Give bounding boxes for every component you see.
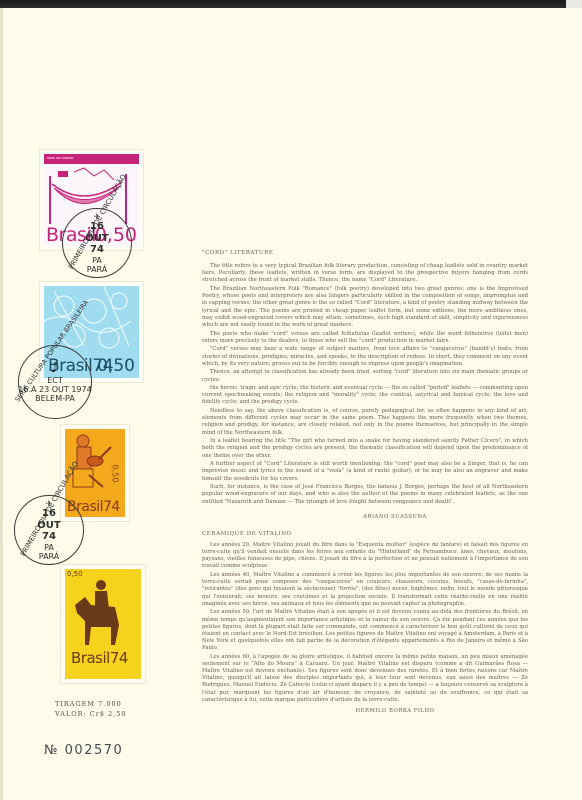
paragraph: Les années 60, à l'apogée de sa gloire a… bbox=[202, 654, 528, 704]
postmark-city: PARÁ bbox=[80, 265, 114, 274]
author-signature: HERMILO BORBA FILHO bbox=[262, 708, 528, 715]
paragraph: the heroic, tragic and epic cycle; the h… bbox=[202, 385, 528, 406]
stamp-country: Brasil74 bbox=[71, 649, 128, 667]
article-title-cord: "CORD" LITERATURE bbox=[202, 250, 528, 257]
postmark-state: PA bbox=[32, 543, 66, 552]
serial-number: № 002570 bbox=[44, 743, 123, 758]
stamp-value: 0,50 bbox=[111, 465, 120, 483]
postmark-city: PARÁ bbox=[32, 552, 66, 561]
paragraph: Such, for instance, is the case of José … bbox=[202, 484, 528, 505]
text-column: "CORD" LITERATURE The title refers to a … bbox=[202, 250, 528, 715]
stamp-face: 0,50 Brasil74 bbox=[65, 569, 141, 679]
stamp-rider: 0,50 Brasil74 bbox=[61, 565, 145, 683]
paragraph: In a leaflet bearing the title "The girl… bbox=[202, 438, 528, 459]
postmark-first-day-1: ✈ 16 OUT 74 PA PARÁ PRIMEIRO DIA DE CIRC… bbox=[62, 208, 132, 278]
paragraph: A further aspect of "Cord" Literature is… bbox=[202, 461, 528, 482]
paragraph: Needless to say, the above classificatio… bbox=[202, 408, 528, 437]
print-run: TIRAGEM 7.000 bbox=[55, 700, 127, 710]
window-top-bar bbox=[0, 0, 582, 8]
top-right-corner bbox=[566, 0, 582, 8]
stamp-value: 0,50 bbox=[67, 570, 83, 578]
postmark-city: BELEM-PA bbox=[18, 395, 91, 404]
horse-rider-illustration-icon bbox=[65, 575, 133, 655]
article-title-vitalino: CERAMIQUE DE VITALINO bbox=[202, 531, 528, 538]
paragraph: The title refers to a very typical Brazi… bbox=[202, 263, 528, 284]
paragraph: "Cord" verses may bear a wide range of s… bbox=[202, 346, 528, 367]
author-signature: ARIANO SUASSUNA bbox=[262, 514, 528, 521]
paragraph: The poets who make "cord" verses are cal… bbox=[202, 331, 528, 345]
paragraph: Les années 50, l'art de Maître Vitalino … bbox=[202, 609, 528, 652]
paragraph: Les années 40, Maître Vitalino a commenc… bbox=[202, 572, 528, 608]
postmark-state: PA bbox=[80, 256, 114, 265]
stamp-value: 0,50 bbox=[97, 356, 135, 376]
paragraph: Thence, an attempt to classification has… bbox=[202, 369, 528, 383]
guitar-player-icon: ♪ bbox=[18, 360, 91, 376]
price: VALOR: Cr$ 2,50 bbox=[55, 710, 127, 720]
postmark-first-day-2: ✈ 16 OUT 74 PA PARÁ PRIMEIRO DIA DE CIRC… bbox=[14, 495, 84, 565]
paragraph: The Brazilian Northeastern Folk "Romance… bbox=[202, 286, 528, 329]
paragraph: Les années 20, Maître Vitalino jouait du… bbox=[202, 542, 528, 571]
postmark-cultura-popular: ♪ ECT 16.A 23 OUT 1974 BELEM-PA SERIE CU… bbox=[18, 345, 92, 419]
print-info: TIRAGEM 7.000 VALOR: Cr$ 2,50 bbox=[55, 700, 127, 720]
